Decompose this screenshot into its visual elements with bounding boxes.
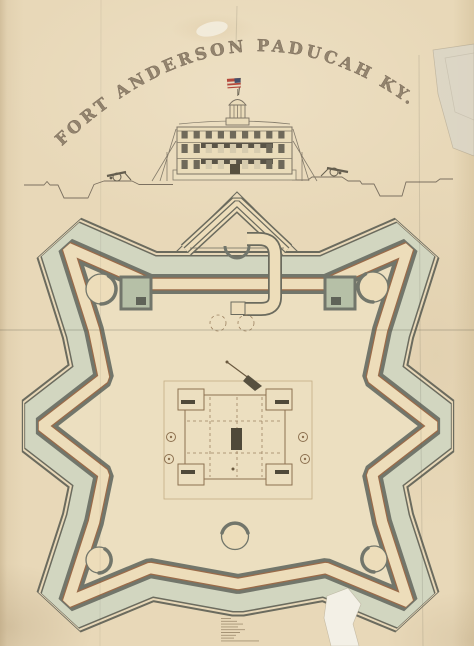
building-elevation [24, 78, 453, 198]
window [230, 131, 236, 139]
sally-port-gate [231, 302, 245, 315]
window [218, 160, 224, 169]
facade [173, 121, 296, 180]
window [182, 144, 188, 153]
gun-platform-northeast [358, 272, 388, 302]
magazine-northeast [325, 277, 355, 309]
window [266, 131, 272, 139]
window [194, 144, 200, 153]
window [182, 160, 188, 169]
terrain-profile-left [24, 181, 173, 198]
window [242, 144, 248, 153]
window [278, 144, 284, 153]
window [266, 144, 272, 153]
magazine-northwest [121, 277, 151, 309]
cannon-icon-right [321, 168, 348, 176]
map-sheet: FORT ANDERSON PADUCAH KY. [0, 0, 474, 646]
legend-lines [221, 619, 259, 641]
window [278, 160, 284, 169]
window [206, 144, 212, 153]
central-stair [231, 428, 242, 450]
window [278, 131, 284, 139]
entrance-door [230, 164, 240, 174]
tear-bottom-right [324, 588, 361, 646]
window-grid [182, 131, 285, 169]
small-abrasion [195, 19, 229, 39]
window [182, 131, 188, 139]
cupola [226, 89, 249, 125]
gun-platform-south-center [222, 523, 249, 550]
us-flag-icon [227, 78, 242, 96]
window [206, 160, 212, 169]
window [254, 131, 260, 139]
window [242, 131, 248, 139]
window [230, 144, 236, 153]
window [206, 131, 212, 139]
gun-platform-southeast [361, 546, 387, 572]
window [194, 160, 200, 169]
window [218, 131, 224, 139]
window [254, 144, 260, 153]
cannon-icon-left [107, 172, 131, 181]
gun-platform-southwest [86, 547, 112, 573]
window [218, 144, 224, 153]
window [254, 160, 260, 169]
window [266, 160, 272, 169]
window [194, 131, 200, 139]
window [242, 160, 248, 169]
